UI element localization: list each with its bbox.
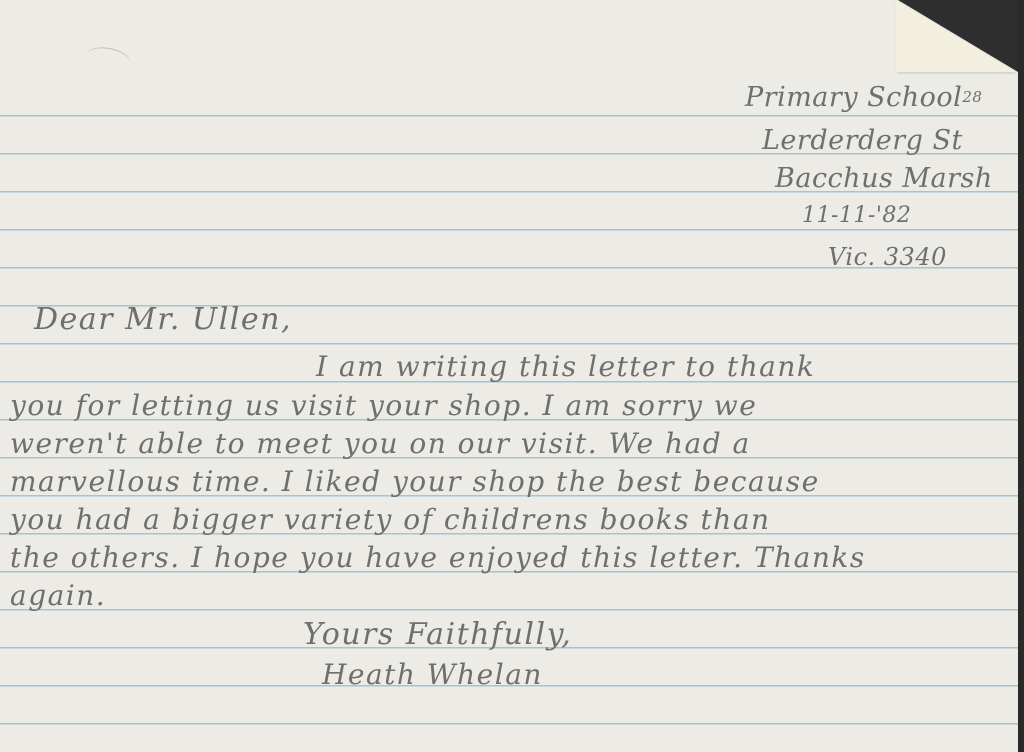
- scan-background-edge: [1018, 0, 1024, 752]
- body-line-7: again.: [10, 579, 106, 612]
- body-line-4: marvellous time. I liked your shop the b…: [10, 465, 820, 498]
- address-state-postcode: Vic. 3340: [828, 243, 947, 271]
- body-line-6: the others. I hope you have enjoyed this…: [10, 541, 866, 574]
- letter-paper: Primary School28 Lerderderg St Bacchus M…: [0, 0, 1018, 752]
- body-line-5: you had a bigger variety of childrens bo…: [10, 503, 771, 536]
- closing: Yours Faithfully,: [303, 617, 572, 652]
- body-line-1: I am writing this letter to thank: [316, 350, 815, 383]
- letter-date: 11-11-'82: [802, 203, 911, 228]
- address-line-street: Lerderderg St: [762, 125, 963, 156]
- signature: Heath Whelan: [322, 658, 543, 691]
- school-name: Primary School: [745, 82, 962, 113]
- salutation: Dear Mr. Ullen,: [34, 302, 292, 337]
- body-line-3: weren't able to meet you on our visit. W…: [10, 427, 751, 460]
- address-line-town: Bacchus Marsh: [775, 163, 993, 194]
- address-line-school: Primary School28: [745, 82, 982, 113]
- street-number: 28: [962, 88, 982, 106]
- body-line-2: you for letting us visit your shop. I am…: [10, 389, 757, 422]
- folded-corner: [896, 0, 1016, 72]
